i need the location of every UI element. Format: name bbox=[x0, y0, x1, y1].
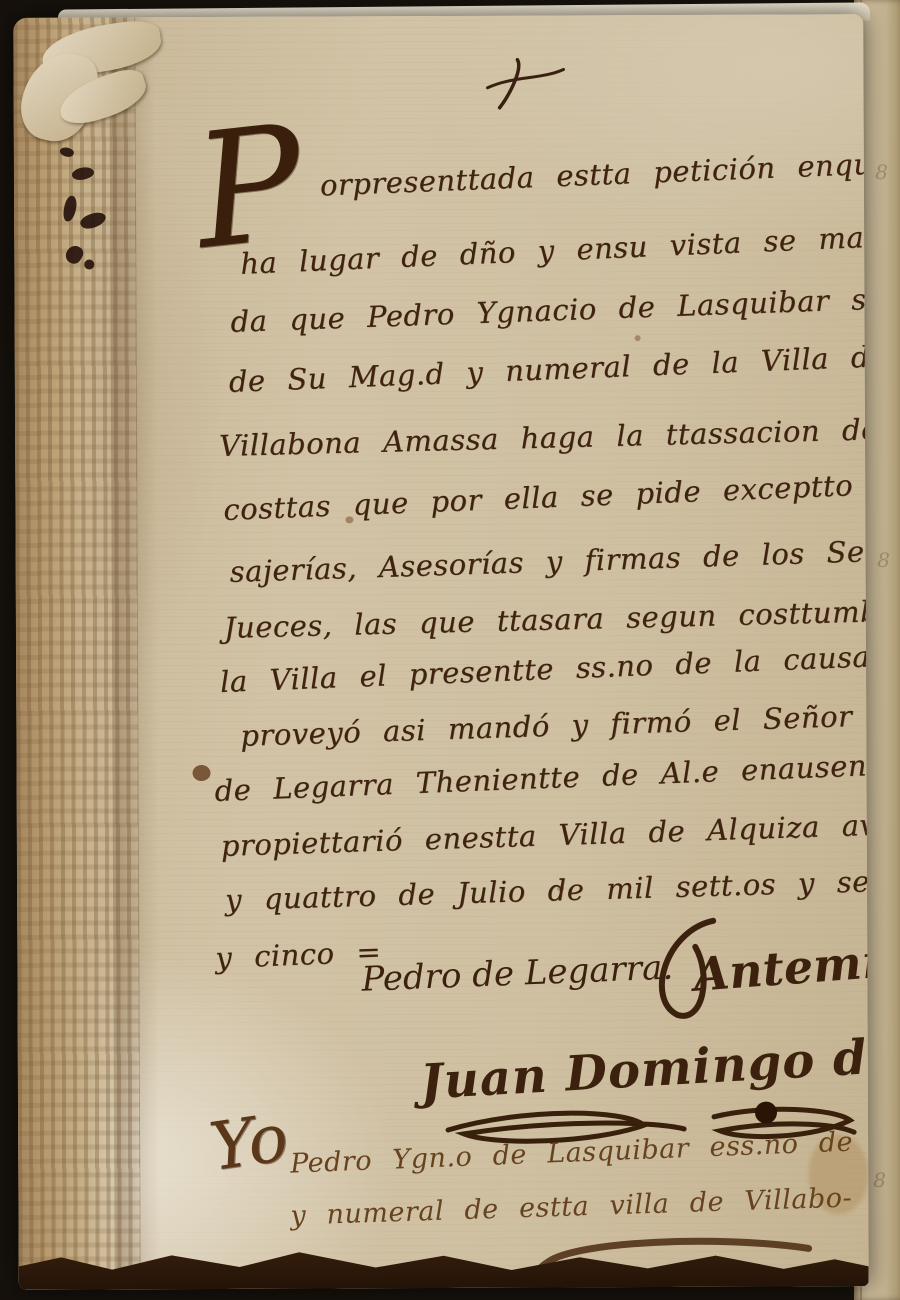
showthrough-mark: 8 bbox=[873, 1168, 886, 1192]
speckle bbox=[635, 335, 641, 341]
ink-stain bbox=[192, 765, 210, 781]
binding-shadow bbox=[109, 17, 161, 1289]
ink-blob bbox=[755, 1102, 777, 1124]
opening-initial: P bbox=[189, 111, 310, 264]
manuscript-line: de Su Mag.d y numeral de la Villa de bbox=[228, 339, 869, 399]
manuscript-line: de Legarra Thenientte de Al.e enausencia… bbox=[214, 744, 869, 808]
manuscript-line: y quattro de Julio de mil sett.os y sete… bbox=[225, 862, 869, 917]
manuscript-line: proveyó asi mandó y firmó el Señor Pedro bbox=[240, 696, 869, 753]
manuscript-line: sajerías, Asesorías y firmas de los Seño… bbox=[229, 532, 869, 589]
notary-signature: Juan Domingo de Elola bbox=[419, 1019, 869, 1111]
showthrough-mark: 8 bbox=[875, 160, 888, 184]
manuscript-line: la Villa el presentte ss.no de la causa.… bbox=[219, 637, 868, 699]
manuscript-line: y cinco = bbox=[215, 934, 382, 974]
certification-initial: Yo bbox=[206, 1108, 291, 1178]
manuscript-line: Jueces, las que ttasara segun costtumbre… bbox=[223, 592, 868, 645]
manuscript-line: propiettarió enestta Villa de Alquiza av… bbox=[220, 805, 868, 863]
showthrough-mark: 8 bbox=[877, 548, 890, 572]
invocation-cross-icon bbox=[483, 55, 567, 111]
judge-signature: Pedro de Legarra. bbox=[361, 948, 674, 1000]
manuscript-line: ha lugar de dño y ensu vista se man- bbox=[240, 219, 869, 281]
certification-line: y numeral de estta villa de Villabo- bbox=[290, 1183, 853, 1232]
manuscript-line: Villabona Amassa haga la ttassacion de bbox=[219, 412, 869, 463]
manuscript-line: costtas que por ella se pide exceptto la… bbox=[223, 462, 869, 527]
manuscript-photo: 8 8 8 P orpresenttada estta petición enq… bbox=[0, 0, 900, 1300]
manuscript-line: da que Pedro Ygnacio de Lasquibar ss.no bbox=[230, 280, 869, 339]
manuscript-page: P orpresenttada estta petición enquantto… bbox=[13, 14, 869, 1290]
manuscript-line: orpresenttada estta petición enquanttos bbox=[319, 143, 868, 202]
ink-blot bbox=[84, 260, 94, 270]
